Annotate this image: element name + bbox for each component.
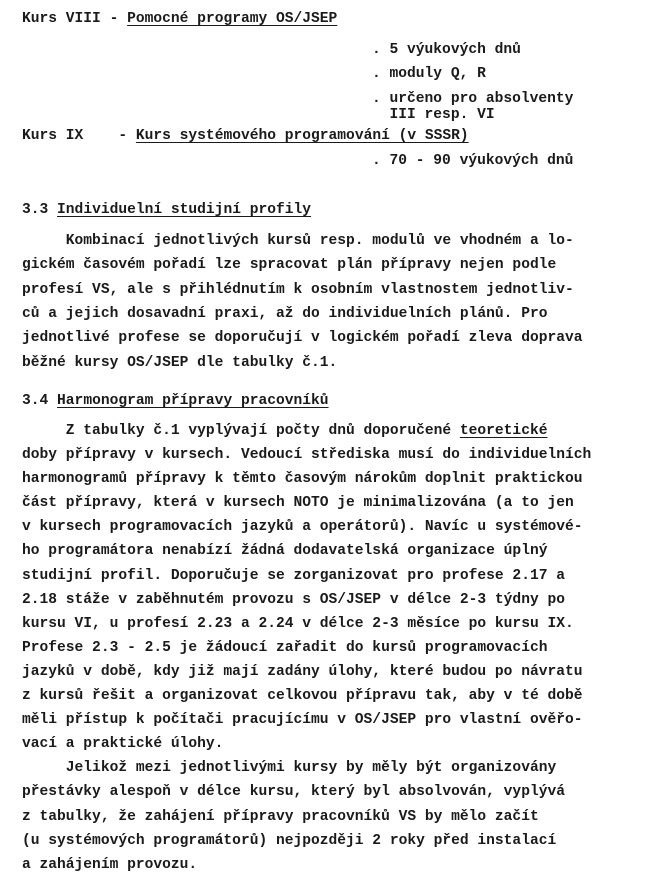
course-label: Kurs IX — [22, 128, 83, 144]
paragraph-line: běžné kursy OS/JSEP dle tabulky č.1. — [22, 354, 337, 372]
paragraph-line: kursu VI, u profesí 2.23 a 2.24 v délce … — [22, 615, 574, 633]
paragraph-line: 2.18 stáže v zaběhnutém provozu s OS/JSE… — [22, 591, 565, 609]
bullet-text: 5 výukových dnů — [390, 42, 521, 58]
paragraph-line: doby přípravy v kursech. Vedoucí středis… — [22, 446, 591, 464]
section-number: 3.3 — [22, 202, 48, 218]
course-title: Kurs systémového programování (v SSSR) — [136, 128, 469, 144]
dash: - — [110, 11, 119, 27]
course-label: Kurs VIII — [22, 11, 101, 27]
paragraph-line: vací a praktické úlohy. — [22, 735, 223, 753]
paragraph-line: z tabulky, že zahájení přípravy pracovní… — [22, 808, 539, 826]
paragraph-line: Profese 2.3 - 2.5 je žádoucí zařadit do … — [22, 639, 547, 657]
paragraph-line: jazyků v době, kdy již mají zadány úlohy… — [22, 663, 583, 681]
course-heading-ix: Kurs IX - Kurs systémového programování … — [22, 127, 469, 145]
list-item: . 5 výukových dnů — [372, 41, 521, 59]
course-heading-viii: Kurs VIII - Pomocné programy OS/JSEP — [22, 10, 337, 28]
emphasized-text: teoretické — [460, 423, 548, 439]
dash: - — [118, 128, 127, 144]
paragraph-line: měli přístup k počítači pracujícímu v OS… — [22, 711, 583, 729]
section-heading-3-4: 3.4 Harmonogram přípravy pracovníků — [22, 392, 329, 410]
section-title: Harmonogram přípravy pracovníků — [57, 393, 329, 409]
list-item-continuation: III resp. VI — [372, 106, 495, 124]
paragraph-line: ho programátora nenabízí žádná dodavatel… — [22, 542, 547, 560]
paragraph-line: z kursů řešit a organizovat celkovou pří… — [22, 687, 583, 705]
bullet-text: moduly Q, R — [390, 66, 486, 82]
bullet-text: 70 - 90 výukových dnů — [390, 153, 574, 169]
paragraph-line: Jelikož mezi jednotlivými kursy by měly … — [22, 759, 556, 777]
paragraph-line: (u systémových programátorů) nejpozději … — [22, 832, 556, 850]
paragraph-line: jednotlivé profese se doporučují v logic… — [22, 329, 583, 347]
paragraph-line: profesí VS, ale s přihlédnutím k osobním… — [22, 281, 574, 299]
paragraph-line: Z tabulky č.1 vyplývají počty dnů doporu… — [22, 422, 547, 440]
paragraph-line: harmonogramů přípravy k těmto časovým ná… — [22, 470, 583, 488]
paragraph-line: ců a jejich dosavadní praxi, až do indiv… — [22, 305, 547, 323]
paragraph-line: přestávky alespoň v délce kursu, který b… — [22, 783, 565, 801]
paragraph-line: gickém časovém pořadí lze spracovat plán… — [22, 256, 556, 274]
bullet-text: určeno pro absolventy — [390, 91, 574, 107]
paragraph-line: a zahájením provozu. — [22, 856, 197, 874]
section-title: Individuelní studijní profily — [57, 202, 311, 218]
section-number: 3.4 — [22, 393, 48, 409]
paragraph-line: část přípravy, která v kursech NOTO je m… — [22, 494, 574, 512]
text: Z tabulky č.1 vyplývají počty dnů doporu… — [22, 423, 460, 439]
bullet-text: III resp. VI — [390, 107, 495, 123]
list-item: . moduly Q, R — [372, 65, 486, 83]
list-item: . 70 - 90 výukových dnů — [372, 152, 573, 170]
paragraph-line: Kombinací jednotlivých kursů resp. modul… — [22, 232, 574, 250]
paragraph-line: studijní profil. Doporučuje se zorganizo… — [22, 567, 565, 585]
paragraph-line: v kursech programovacích jazyků a operát… — [22, 518, 583, 536]
section-heading-3-3: 3.3 Individuelní studijní profily — [22, 201, 311, 219]
course-title: Pomocné programy OS/JSEP — [127, 11, 337, 27]
